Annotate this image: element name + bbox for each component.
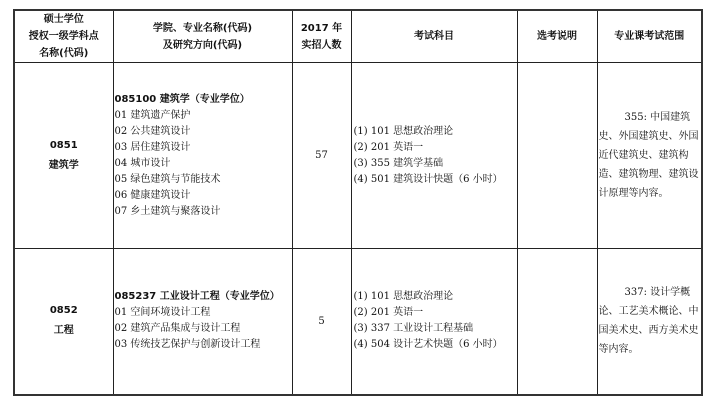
subject-item: (4) 504 设计艺术快题（6 小时） [354,337,517,353]
unit-code: 0852 [15,301,113,321]
admissions-table: 硕士学位 授权一级学科点 名称(代码) 学院、专业名称(代码) 及研究方向(代码… [13,9,703,396]
direction-item: 07 乡土建筑与聚落设计 [115,204,292,220]
subject-item: (3) 337 工业设计工程基础 [354,321,517,337]
notes-cell [517,63,597,249]
direction-item: 02 建筑产品集成与设计工程 [115,321,292,337]
direction-item: 01 建筑遗产保护 [115,108,292,124]
scope-cell: 355: 中国建筑史、外国建筑史、外国近代建筑史、建筑构造、建筑物理、建筑设计原… [597,63,702,249]
direction-item: 04 城市设计 [115,156,292,172]
notes-cell [517,249,597,395]
major-cell: 085100 建筑学（专业学位） 01 建筑遗产保护 02 公共建筑设计 03 … [113,63,292,249]
direction-item: 02 公共建筑设计 [115,124,292,140]
header-notes: 选考说明 [517,10,597,63]
count-cell: 5 [292,249,351,395]
subject-item: (3) 355 建筑学基础 [354,156,517,172]
major-cell: 085237 工业设计工程（专业学位） 01 空间环境设计工程 02 建筑产品集… [113,249,292,395]
count-cell: 57 [292,63,351,249]
direction-item: 03 传统技艺保护与创新设计工程 [115,337,292,353]
subject-item: (1) 101 思想政治理论 [354,124,517,140]
header-scope: 专业课考试范围 [597,10,702,63]
subjects-cell: (1) 101 思想政治理论 (2) 201 英语一 (3) 355 建筑学基础… [351,63,517,249]
unit-name: 建筑学 [15,156,113,176]
unit-code: 0851 [15,136,113,156]
subject-item: (4) 501 建筑设计快题（6 小时） [354,172,517,188]
subject-item: (2) 201 英语一 [354,140,517,156]
direction-item: 03 居住建筑设计 [115,140,292,156]
direction-item: 05 绿色建筑与节能技术 [115,172,292,188]
subject-item: (2) 201 英语一 [354,305,517,321]
major-title: 085237 工业设计工程（专业学位） [115,289,292,305]
unit-cell: 0851 建筑学 [14,63,113,249]
header-count: 2017 年 实招人数 [292,10,351,63]
table-row: 0851 建筑学 085100 建筑学（专业学位） 01 建筑遗产保护 02 公… [14,63,702,249]
table-row: 0852 工程 085237 工业设计工程（专业学位） 01 空间环境设计工程 … [14,249,702,395]
header-major: 学院、专业名称(代码) 及研究方向(代码) [113,10,292,63]
header-subjects: 考试科目 [351,10,517,63]
direction-item: 06 健康建筑设计 [115,188,292,204]
unit-cell: 0852 工程 [14,249,113,395]
unit-name: 工程 [15,321,113,341]
subject-item: (1) 101 思想政治理论 [354,289,517,305]
direction-item: 01 空间环境设计工程 [115,305,292,321]
header-unit: 硕士学位 授权一级学科点 名称(代码) [14,10,113,63]
major-title: 085100 建筑学（专业学位） [115,92,292,108]
subjects-cell: (1) 101 思想政治理论 (2) 201 英语一 (3) 337 工业设计工… [351,249,517,395]
header-row: 硕士学位 授权一级学科点 名称(代码) 学院、专业名称(代码) 及研究方向(代码… [14,10,702,63]
scope-cell: 337: 设计学概论、工艺美术概论、中国美术史、西方美术史等内容。 [597,249,702,395]
